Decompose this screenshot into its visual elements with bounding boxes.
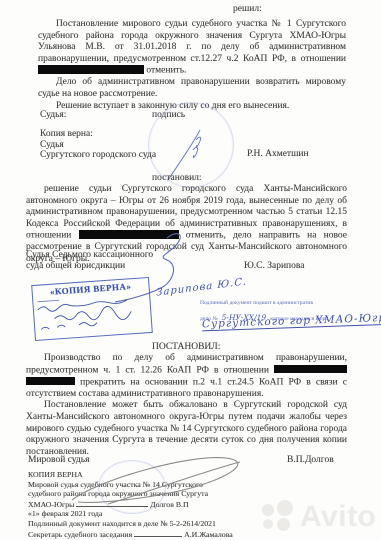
paragraph-appeal: Постановление может быть обжаловано в Су… bbox=[26, 400, 347, 458]
avito-logo-icon bbox=[260, 500, 296, 534]
redacted-name-3 bbox=[274, 365, 347, 374]
handwritten-signature-dolgov bbox=[68, 452, 258, 512]
court-name: Сургутского городского суда bbox=[40, 150, 156, 160]
redacted-name-1 bbox=[38, 65, 144, 74]
court-document-scan: решил: Постановление мирового судьи суде… bbox=[0, 0, 381, 540]
secretary-label: Секретарь судебного заседания bbox=[28, 530, 132, 539]
judge-label: Судья: bbox=[40, 110, 66, 120]
secretary-blank-line bbox=[134, 529, 182, 537]
ruled-heading: постановил: bbox=[152, 173, 202, 183]
resolution-block-1: Постановление мирового судьи судебного у… bbox=[38, 19, 346, 112]
certification-line6: Секретарь судебного заседания А.И.Жамало… bbox=[28, 529, 233, 540]
paragraph-resolution-2: Дело об административном правонарушении … bbox=[38, 77, 346, 100]
resolution-1-verb: отменить. bbox=[146, 66, 186, 76]
cassation-judge-line2: суда общей юрисдикции bbox=[26, 261, 125, 271]
stamp-handwriting-lines bbox=[33, 290, 147, 336]
avito-watermark-text: Avito bbox=[300, 500, 376, 534]
judge-name-zaripova: Ю.С. Зарипова bbox=[244, 261, 304, 271]
resolution-1-text: Постановление мирового судьи судебного у… bbox=[38, 19, 346, 64]
redacted-name-4 bbox=[26, 377, 75, 386]
judge-title: Судья bbox=[40, 140, 64, 150]
paragraph-resolution-1: Постановление мирового судьи судебного у… bbox=[38, 19, 346, 77]
copy-true-label: Копия верна: bbox=[40, 129, 93, 139]
attachment-note-line1: Подлинный документ подшит в администрати… bbox=[200, 300, 313, 306]
avito-watermark: Avito bbox=[260, 500, 376, 534]
ruled-heading-2: ПОСТАНОВИЛ: bbox=[152, 342, 220, 352]
resolution-3-tail: прекратить на основании п.2 ч.1 ст.24.5 … bbox=[26, 377, 347, 399]
certification-case-ref: Подлинный документ находится в деле № 5-… bbox=[28, 519, 233, 529]
paragraph-resolution-5: Производство по делу об административном… bbox=[26, 353, 347, 400]
judge-name-dolgov: В.П.Долгов bbox=[287, 455, 334, 465]
resolution-block-3: Производство по делу об административном… bbox=[26, 353, 347, 458]
copy-true-stamp: «КОПИЯ ВЕРНА» bbox=[31, 277, 153, 341]
judge-name-akhmetshin: Р.Н. Ахметшин bbox=[247, 149, 309, 159]
secretary-name: А.И.Жамалова bbox=[184, 530, 233, 539]
resolved-heading: решил: bbox=[233, 4, 262, 14]
